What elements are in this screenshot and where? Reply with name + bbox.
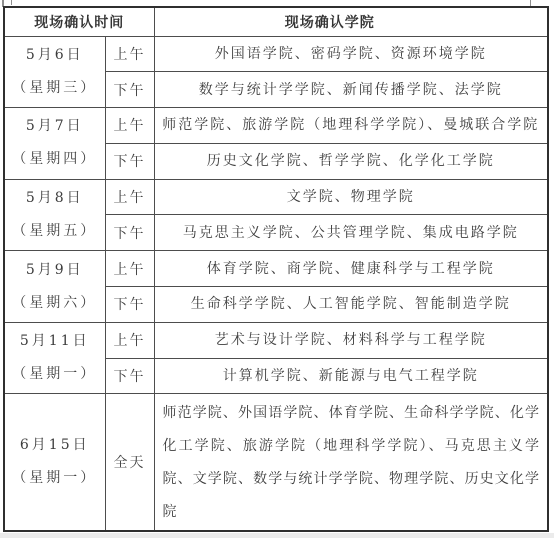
period-cell: 上午 xyxy=(105,108,154,144)
weekday-text: （星期三） xyxy=(5,72,105,105)
table-row: 5月11日 （星期一） 上午 艺术与设计学院、材料科学与工程学院 xyxy=(4,322,548,358)
date-cell: 5月9日 （星期六） xyxy=(4,251,105,323)
date-text: 5月8日 xyxy=(5,182,105,215)
period-cell: 全天 xyxy=(105,394,154,531)
period-cell: 上午 xyxy=(105,322,154,358)
date-cell: 5月8日 （星期五） xyxy=(4,179,105,251)
colleges-cell: 计算机学院、新能源与电气工程学院 xyxy=(154,358,548,394)
document-page: 现场确认时间 现场确认学院 5月6日 （星期三） 上午 外国语学院、密码学院、资… xyxy=(0,0,554,538)
colleges-cell: 马克思主义学院、公共管理学院、集成电路学院 xyxy=(154,215,548,251)
period-cell: 上午 xyxy=(105,36,154,72)
colleges-cell: 文学院、物理学院 xyxy=(154,179,548,215)
period-cell: 下午 xyxy=(105,358,154,394)
page-bottom-edge xyxy=(0,533,554,538)
period-cell: 下午 xyxy=(105,215,154,251)
weekday-text: （星期四） xyxy=(5,143,105,176)
date-text: 5月6日 xyxy=(5,39,105,72)
table-row: 5月8日 （星期五） 上午 文学院、物理学院 xyxy=(4,179,548,215)
date-cell: 5月11日 （星期一） xyxy=(4,322,105,394)
weekday-text: （星期五） xyxy=(5,215,105,248)
weekday-text: （星期一） xyxy=(5,462,105,495)
colleges-cell: 师范学院、旅游学院（地理科学学院）、曼城联合学院 xyxy=(154,108,548,144)
table-row: 5月7日 （星期四） 上午 师范学院、旅游学院（地理科学学院）、曼城联合学院 xyxy=(4,108,548,144)
colleges-cell: 生命科学学院、人工智能学院、智能制造学院 xyxy=(154,287,548,323)
weekday-text: （星期六） xyxy=(5,287,105,320)
header-confirmation-college: 现场确认学院 xyxy=(154,7,548,36)
colleges-cell: 外国语学院、密码学院、资源环境学院 xyxy=(154,36,548,72)
table-row: 5月9日 （星期六） 上午 体育学院、商学院、健康科学与工程学院 xyxy=(4,251,548,287)
colleges-cell: 数学与统计学学院、新闻传播学院、法学院 xyxy=(154,72,548,108)
period-cell: 下午 xyxy=(105,72,154,108)
table-row: 6月15日 （星期一） 全天 师范学院、外国语学院、体育学院、生命科学学院、化学… xyxy=(4,394,548,531)
weekday-text: （星期一） xyxy=(5,358,105,391)
colleges-cell: 历史文化学院、哲学学院、化学化工学院 xyxy=(154,143,548,179)
colleges-cell: 体育学院、商学院、健康科学与工程学院 xyxy=(154,251,548,287)
period-cell: 下午 xyxy=(105,143,154,179)
confirmation-schedule-table: 现场确认时间 现场确认学院 5月6日 （星期三） 上午 外国语学院、密码学院、资… xyxy=(3,6,549,532)
date-text: 5月9日 xyxy=(5,254,105,287)
date-cell: 6月15日 （星期一） xyxy=(4,394,105,531)
header-row: 现场确认时间 现场确认学院 xyxy=(4,7,548,36)
table-row: 5月6日 （星期三） 上午 外国语学院、密码学院、资源环境学院 xyxy=(4,36,548,72)
cropped-cell-border-fragment xyxy=(11,0,12,5)
date-cell: 5月7日 （星期四） xyxy=(4,108,105,180)
date-text: 5月7日 xyxy=(5,110,105,143)
colleges-cell: 艺术与设计学院、材料科学与工程学院 xyxy=(154,322,548,358)
header-confirmation-time: 现场确认时间 xyxy=(4,7,154,36)
date-text: 5月11日 xyxy=(5,325,105,358)
date-text: 6月15日 xyxy=(5,429,105,462)
date-cell: 5月6日 （星期三） xyxy=(4,36,105,108)
period-cell: 上午 xyxy=(105,251,154,287)
period-cell: 上午 xyxy=(105,179,154,215)
colleges-cell: 师范学院、外国语学院、体育学院、生命科学学院、化学化工学院、旅游学院（地理科学学… xyxy=(154,394,548,531)
period-cell: 下午 xyxy=(105,287,154,323)
